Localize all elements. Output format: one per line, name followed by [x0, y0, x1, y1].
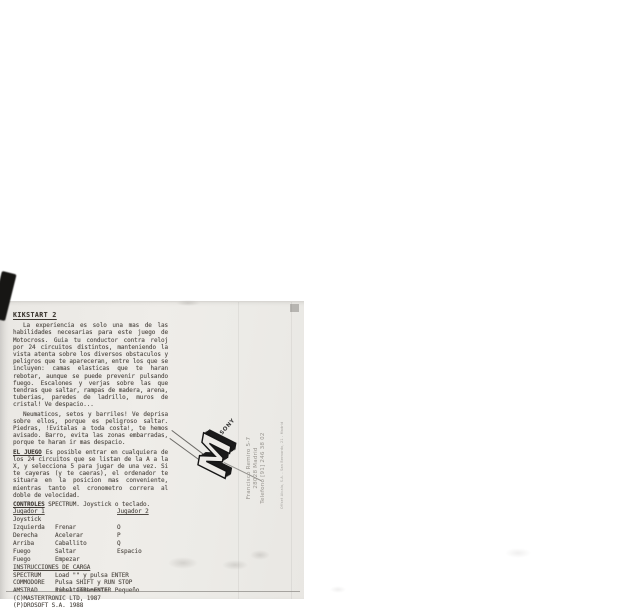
intro-paragraph: La experiencia es solo una mas de las ha…: [13, 322, 168, 408]
hazards-paragraph: Neumaticos, setos y barriles! Ve deprisa…: [13, 411, 168, 447]
copyright-mastertronic: (C)MASTERTRONIC LTD, 1987: [13, 595, 168, 598]
system-name: COMMODORE: [13, 579, 55, 587]
scan-smudge: [176, 300, 200, 306]
side-stamp-text: SONY: [219, 418, 237, 437]
loading-row: COMMODORE Pulsa SHIFT y RUN STOP simulta…: [13, 579, 168, 587]
spine-address: Francisco Remiro 5-7 28028 Madrid Telefo…: [246, 403, 267, 533]
bottom-border-line: [6, 591, 300, 592]
el-juego-text: Es posible entrar en cualquiera de los 2…: [13, 449, 168, 499]
table-row: Izquierda Frenar O: [13, 524, 168, 532]
table-row: Fuego Empezar: [13, 556, 168, 564]
scanned-cassette-inlay: KIKSTART 2 La experiencia es solo una ma…: [0, 301, 304, 598]
player1-header: Jugador 1: [13, 508, 45, 515]
instructions-text-panel: KIKSTART 2 La experiencia es solo una ma…: [13, 312, 168, 598]
table-row: Derecha Acelerar P: [13, 532, 168, 540]
address-line: 28028 Madrid: [253, 403, 260, 533]
loading-heading: INSTRUCCIONES DE CARGA: [13, 564, 168, 572]
game-title: KIKSTART 2: [13, 312, 168, 319]
publisher-logo: M SONY: [188, 424, 252, 500]
scan-smudge: [250, 550, 270, 560]
controls-table-header: Jugador 1 Jugador 2: [13, 508, 168, 516]
controls-heading: CONTROLES SPECTRUM. Joystick o teclado.: [13, 501, 168, 508]
el-juego-heading: EL JUEGO: [13, 449, 42, 456]
el-juego-paragraph: EL JUEGO Es posible entrar en cualquiera…: [13, 449, 168, 499]
table-row: Arriba Caballito Q: [13, 540, 168, 548]
system-name: SPECTRUM: [13, 572, 55, 580]
mastertronic-m-logo-icon: M: [193, 431, 239, 481]
scan-smudge: [168, 557, 198, 569]
scan-smudge: [330, 586, 346, 593]
loading-instruction: Load "" y pulsa ENTER: [55, 572, 129, 580]
printer-credit: Offset Alcala, S.A. - San Bernardo, 21 -…: [280, 399, 284, 509]
loading-row: SPECTRUM Load "" y pulsa ENTER: [13, 572, 168, 580]
address-line: Francisco Remiro 5-7: [246, 403, 253, 533]
fold-line: [291, 302, 292, 598]
table-row: Joystick: [13, 516, 168, 524]
scan-smudge: [505, 548, 531, 558]
scan-smudge: [222, 560, 248, 570]
address-line: Telefono [91] 246 38 02: [260, 403, 267, 533]
loading-instruction: Pulsa SHIFT y RUN STOP simultaneamente: [55, 579, 168, 587]
player2-header: Jugador 2: [117, 508, 149, 515]
table-row: Fuego Saltar Espacio: [13, 548, 168, 556]
